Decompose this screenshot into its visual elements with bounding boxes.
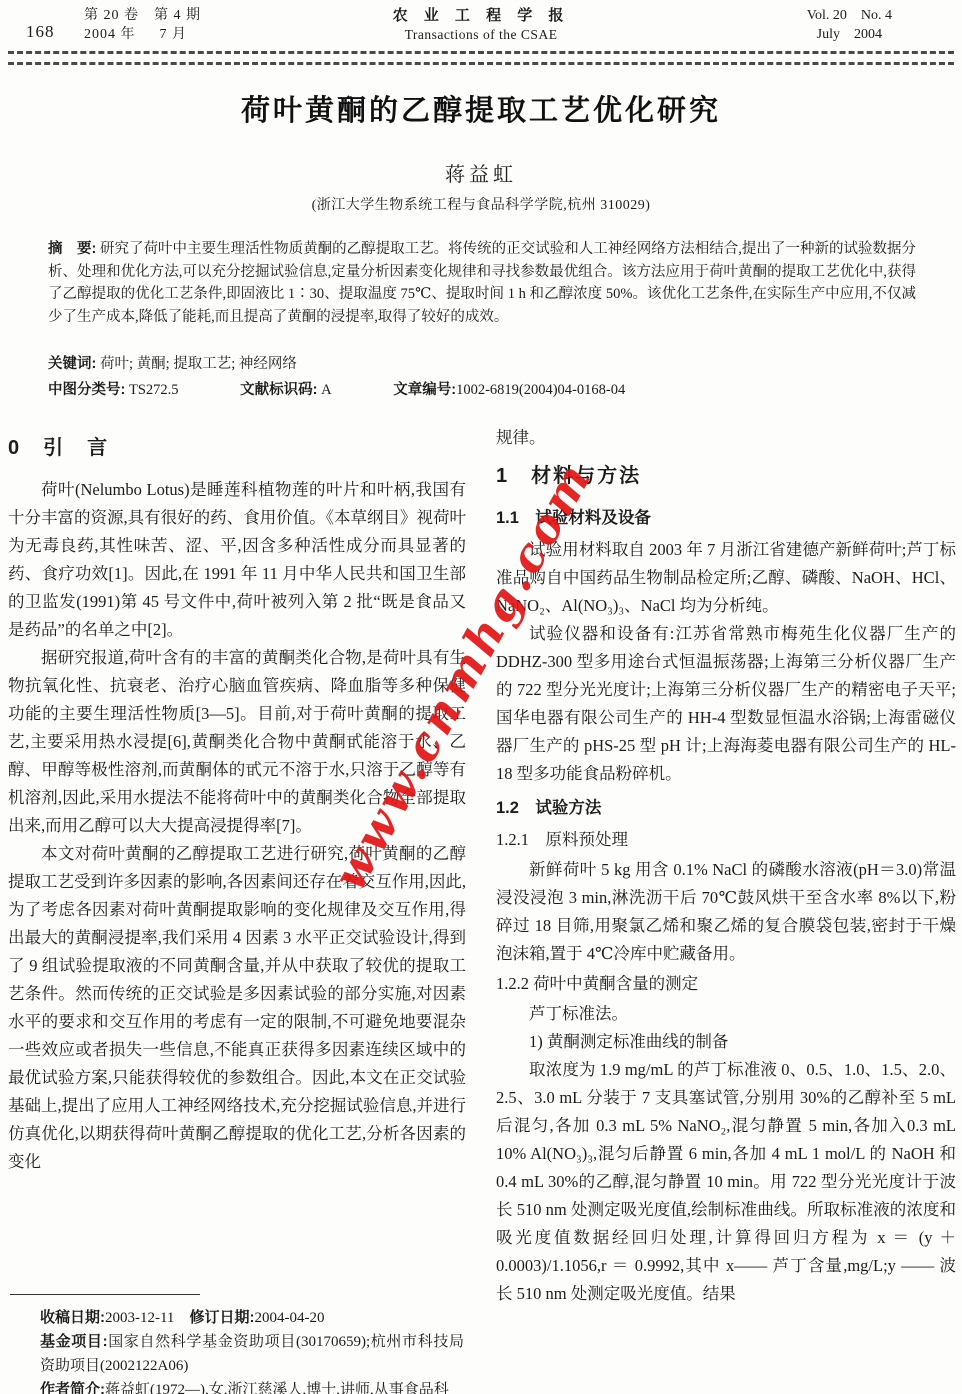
volume-issue-block-en: Vol. 20 No. 4 July 2004 bbox=[807, 6, 892, 44]
author-affiliation: (浙江大学生物系统工程与食品科学学院,杭州 310029) bbox=[0, 194, 962, 214]
paragraph: 本文对荷叶黄酮的乙醇提取工艺进行研究,荷叶黄酮的乙醇提取工艺受到许多因素的影响,… bbox=[8, 840, 466, 1176]
abstract-block: 摘 要: 研究了荷叶中主要生理活性物质黄酮的乙醇提取工艺。将传统的正交试验和人工… bbox=[48, 238, 916, 328]
paragraph: 荷叶(Nelumbo Lotus)是睡莲科植物莲的叶片和叶柄,我国有十分丰富的资… bbox=[8, 476, 466, 644]
footnote-bio: 作者简介:蒋益虹(1972—),女,浙江慈溪人,博士,讲师,从事食品科 bbox=[40, 1378, 464, 1394]
bio-text: 蒋益虹(1972—),女,浙江慈溪人,博士,讲师,从事食品科 bbox=[105, 1382, 449, 1394]
revised-label: 修订日期: bbox=[189, 1309, 254, 1326]
paragraph: 据研究报道,荷叶含有的丰富的黄酮类化合物,是荷叶具有生物抗氧化性、抗衰老、治疗心… bbox=[8, 644, 466, 840]
section-1-2-2-heading: 1.2.2 荷叶中黄酮含量的测定 bbox=[496, 970, 956, 998]
paragraph: 取浓度为 1.9 mg/mL 的芦丁标准液 0、0.5、1.0、1.5、2.0、… bbox=[496, 1056, 956, 1308]
article-no-value: 1002-6819(2004)04-0168-04 bbox=[456, 382, 625, 398]
doc-code-item: 文献标识码: A bbox=[240, 382, 331, 398]
footnote-dates: 收稿日期:2003-12-11 修订日期:2004-04-20 bbox=[40, 1306, 464, 1330]
keywords-label: 关键词: bbox=[48, 356, 96, 372]
paragraph: 试验仪器和设备有:江苏省常熟市梅苑生化仪器厂生产的 DDHZ-300 型多用途台… bbox=[496, 620, 956, 788]
abstract-label: 摘 要: bbox=[48, 241, 96, 257]
doc-code-label: 文献标识码: bbox=[240, 382, 317, 398]
right-column: 规律。 1 材料与方法 1.1 试验材料及设备 试验用材料取自 2003 年 7… bbox=[496, 424, 956, 1390]
classification-line: 中图分类号: TS272.5 文献标识码: A 文章编号:1002-6819(2… bbox=[48, 378, 916, 399]
received-date: 2003-12-11 bbox=[105, 1310, 174, 1326]
bio-label: 作者简介: bbox=[40, 1381, 105, 1394]
footnote-rule bbox=[10, 1294, 200, 1295]
author-name: 蒋益虹 bbox=[0, 158, 962, 187]
section-1-heading: 1 材料与方法 bbox=[496, 462, 956, 490]
header-rule bbox=[8, 51, 954, 65]
footnote-block: 收稿日期:2003-12-11 修订日期:2004-04-20 基金项目:国家自… bbox=[40, 1306, 464, 1394]
paragraph: 1) 黄酮测定标准曲线的制备 bbox=[496, 1028, 956, 1056]
paragraph: 新鲜荷叶 5 kg 用含 0.1% NaCl 的磷酸水溶液(pH＝3.0)常温浸… bbox=[496, 856, 956, 968]
clc-item: 中图分类号: TS272.5 bbox=[48, 382, 179, 398]
keywords-line: 关键词: 荷叶; 黄酮; 提取工艺; 神经网络 bbox=[48, 352, 916, 373]
running-head: 168 第 20 卷 第 4 期 2004 年 7 月 农 业 工 程 学 报 … bbox=[0, 6, 962, 48]
section-1-2-1-heading: 1.2.1 原料预处理 bbox=[496, 826, 956, 854]
section-0-heading: 0 引 言 bbox=[8, 434, 466, 462]
fund-label: 基金项目: bbox=[40, 1333, 108, 1350]
abstract-text: 研究了荷叶中主要生理活性物质黄酮的乙醇提取工艺。将传统的正交试验和人工神经网络方… bbox=[48, 241, 916, 325]
journal-page: 168 第 20 卷 第 4 期 2004 年 7 月 农 业 工 程 学 报 … bbox=[0, 0, 962, 1394]
clc-value: TS272.5 bbox=[129, 382, 179, 398]
section-1-2-heading: 1.2 试验方法 bbox=[496, 794, 956, 822]
article-title: 荷叶黄酮的乙醇提取工艺优化研究 bbox=[0, 88, 962, 129]
issue-date-en: July 2004 bbox=[807, 25, 892, 44]
paragraph: 芦丁标准法。 bbox=[496, 1000, 956, 1028]
paragraph-continuation: 规律。 bbox=[496, 424, 956, 452]
section-1-1-heading: 1.1 试验材料及设备 bbox=[496, 504, 956, 532]
article-no-item: 文章编号:1002-6819(2004)04-0168-04 bbox=[393, 382, 625, 398]
footnote-fund: 基金项目:国家自然科学基金资助项目(30170659);杭州市科技局资助项目(2… bbox=[40, 1330, 464, 1378]
clc-label: 中图分类号: bbox=[48, 382, 125, 398]
doc-code-value: A bbox=[321, 382, 331, 398]
revised-date: 2004-04-20 bbox=[254, 1310, 324, 1326]
left-column: 0 引 言 荷叶(Nelumbo Lotus)是睡莲科植物莲的叶片和叶柄,我国有… bbox=[8, 424, 466, 1292]
volume-issue-en: Vol. 20 No. 4 bbox=[807, 6, 892, 25]
paragraph: 试验用材料取自 2003 年 7 月浙江省建德产新鲜荷叶;芦丁标准品购自中国药品… bbox=[496, 536, 956, 620]
article-no-label: 文章编号: bbox=[393, 382, 456, 398]
keywords-text: 荷叶; 黄酮; 提取工艺; 神经网络 bbox=[100, 356, 297, 372]
received-label: 收稿日期: bbox=[40, 1309, 105, 1326]
